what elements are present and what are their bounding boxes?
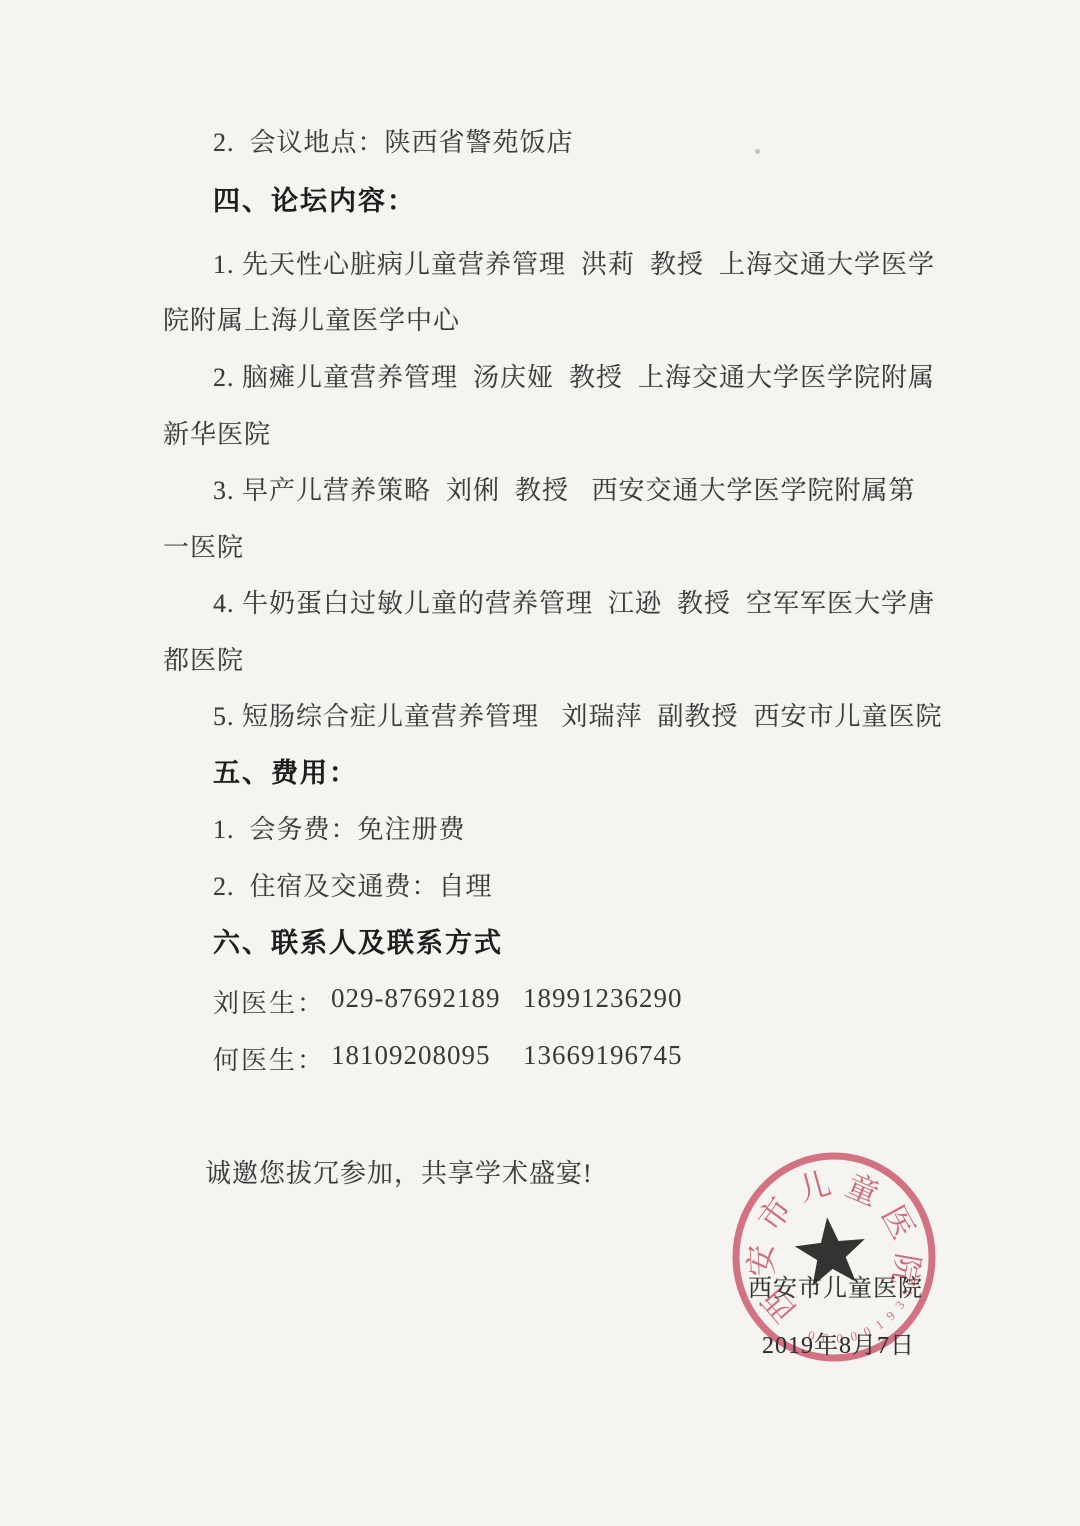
forum-item-4-continuation: 都医院 [163, 644, 244, 678]
forum-item-2: 2. 脑瘫儿童营养管理 汤庆娅 教授 上海交通大学医学院附属 [213, 361, 935, 395]
scanned-document-page: 2. 会议地点：陕西省警苑饭店 四、论坛内容： 1. 先天性心脏病儿童营养管理 … [0, 0, 1080, 1526]
forum-item-2-continuation: 新华医院 [163, 418, 271, 452]
seal-serial-digit: 9 [883, 1308, 898, 1323]
forum-item-3: 3. 早产儿营养策略 刘俐 教授 西安交通大学医学院附属第 [213, 474, 916, 508]
signature-hospital-name: 西安市儿童医院 [748, 1268, 923, 1303]
contact-row-liu: 刘医生： 029-87692189 18991236290 [0, 983, 1080, 1019]
contact-label: 刘医生： [213, 983, 325, 1020]
closing-invitation-line: 诚邀您拔冗参加，共享学术盛宴! [205, 1157, 593, 1191]
contact-label: 何医生： [213, 1040, 325, 1077]
fee-item-2: 2. 住宿及交通费：自理 [213, 870, 493, 904]
section-heading-forum-content: 四、论坛内容： [213, 184, 416, 218]
contact-phone-2: 18991236290 [523, 983, 683, 1014]
section-heading-fees: 五、费用： [213, 756, 358, 790]
meeting-location-line: 2. 会议地点：陕西省警苑饭店 [213, 126, 574, 160]
forum-item-3-continuation: 一医院 [163, 531, 244, 565]
signature-date: 2019年8月7日 [762, 1325, 915, 1360]
forum-item-5: 5. 短肠综合症儿童营养管理 刘瑞萍 副教授 西安市儿童医院 [213, 700, 943, 734]
scan-speck [755, 149, 760, 154]
fee-item-1: 1. 会务费：免注册费 [213, 813, 466, 847]
forum-item-4: 4. 牛奶蛋白过敏儿童的营养管理 江逊 教授 空军军医大学唐 [213, 587, 935, 621]
forum-item-1: 1. 先天性心脏病儿童营养管理 洪莉 教授 上海交通大学医学 [213, 248, 935, 282]
contact-phone-2: 13669196745 [523, 1040, 683, 1071]
contact-phone-1: 18109208095 [331, 1040, 491, 1071]
seal-arc-character: 儿 [794, 1165, 834, 1208]
seal-arc-character: 童 [841, 1167, 885, 1213]
contact-phone-1: 029-87692189 [331, 983, 501, 1014]
seal-arc-character: 医 [875, 1200, 922, 1245]
contact-row-he: 何医生： 18109208095 13669196745 [0, 1040, 1080, 1076]
section-heading-contacts: 六、联系人及联系方式 [213, 926, 503, 960]
forum-item-1-continuation: 院附属上海儿童医学中心 [163, 304, 460, 338]
